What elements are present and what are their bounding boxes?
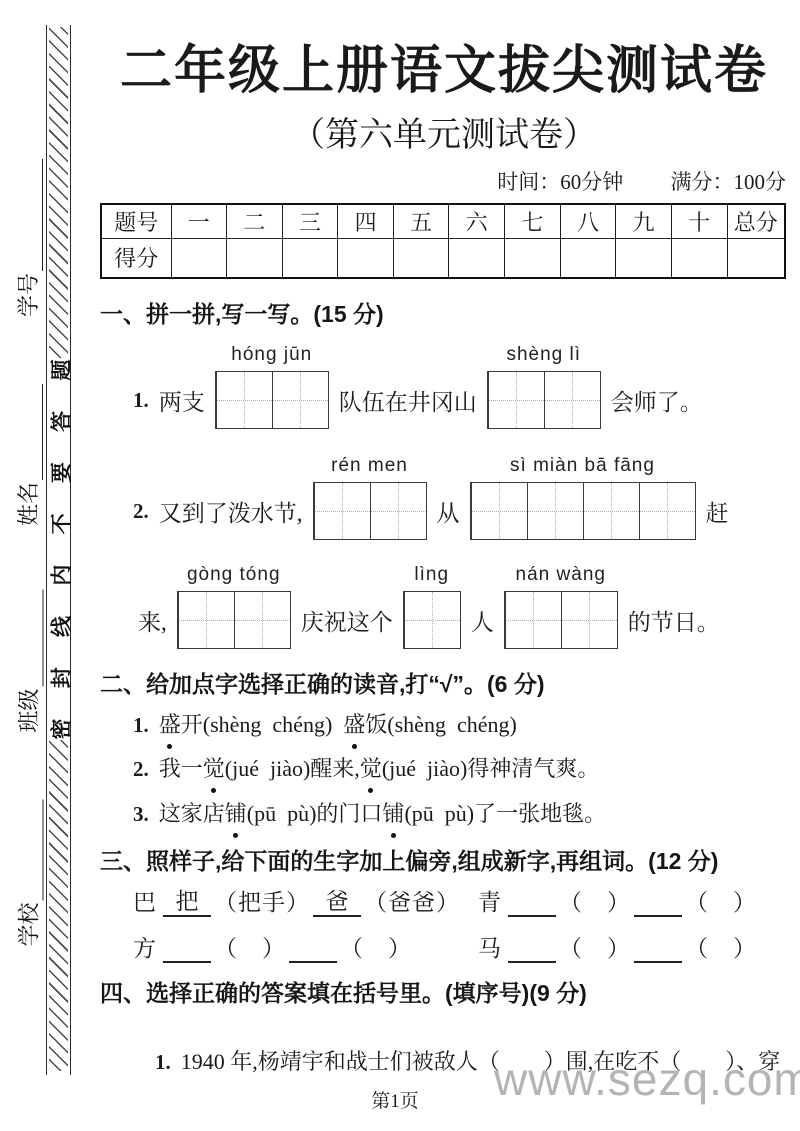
question-text: 队伍在井冈山 bbox=[339, 384, 477, 417]
writing-cell bbox=[583, 483, 639, 539]
seal-char: 不 bbox=[45, 513, 75, 534]
dotted-character: 盛 bbox=[343, 710, 365, 740]
paper-title: 二年级上册语文拔尖测试卷 bbox=[88, 28, 800, 103]
answer-blank bbox=[163, 933, 211, 963]
answer-blank bbox=[508, 887, 556, 917]
writing-cell bbox=[544, 372, 600, 428]
question-text: 来, bbox=[138, 604, 167, 637]
fill-in-line bbox=[18, 590, 43, 687]
score-table-score-row: 得分 bbox=[101, 238, 785, 278]
item-number: 2. bbox=[133, 499, 149, 524]
score-table-column-label: 四 bbox=[338, 204, 394, 238]
word-parentheses: （ ） bbox=[340, 930, 412, 963]
writing-box-group: gòng tóng bbox=[177, 591, 291, 649]
seal-field-school: 学校 bbox=[10, 800, 44, 947]
dotted-character: 铺 bbox=[382, 799, 404, 829]
writing-cell bbox=[527, 483, 583, 539]
writing-cell bbox=[314, 483, 370, 539]
answer-blank: 把 bbox=[163, 887, 211, 917]
writing-box-group: shèng lì bbox=[487, 371, 601, 429]
score-table-empty-cell bbox=[616, 238, 672, 278]
question-line: 1.两支hóng jūn队伍在井冈山shèng lì会师了。 bbox=[133, 371, 703, 429]
pinyin-label: sì miàn bā fāng bbox=[471, 455, 695, 477]
score-table-column-label: 七 bbox=[505, 204, 561, 238]
writing-box-group: rén men bbox=[313, 482, 427, 540]
watermark: www.sezq.com bbox=[494, 1052, 800, 1106]
seal-char: 要 bbox=[45, 462, 75, 483]
writing-box-group: nán wàng bbox=[504, 591, 618, 649]
item-number: 1. bbox=[155, 1050, 171, 1074]
item-number: 3. bbox=[133, 802, 149, 826]
score-table-column-label: 一 bbox=[171, 204, 227, 238]
seal-hatch-top bbox=[49, 27, 68, 358]
seal-char: 内 bbox=[45, 565, 75, 586]
score-table-empty-cell bbox=[671, 238, 727, 278]
seal-field-class: 班级 bbox=[10, 590, 44, 733]
seal-line-text: 密封线内不要答题 bbox=[48, 360, 73, 740]
fill-in-line bbox=[18, 800, 43, 901]
writing-box-group: sì miàn bā fāng bbox=[470, 482, 696, 540]
pronunciation-item: 2.我一觉(jué jiào)醒来,觉(jué jiào)得神清气爽。 bbox=[133, 754, 599, 784]
score-table-question-head: 题号 bbox=[101, 204, 171, 238]
question-text: 的节日。 bbox=[628, 604, 720, 637]
word-parentheses: （把手） bbox=[214, 884, 310, 917]
base-character: 马 bbox=[478, 930, 501, 963]
score-table-column-label: 八 bbox=[560, 204, 616, 238]
seal-field-name: 姓名 bbox=[9, 384, 43, 526]
question-line: 来,gòng tóng庆祝这个lìng人nán wàng的节日。 bbox=[138, 591, 720, 649]
exam-paper-page: 密封线内不要答题 学号 姓名 班级 学校 二年级上册语文拔尖测试卷 （第六单元测… bbox=[0, 0, 800, 1131]
dotted-character: 盛 bbox=[159, 710, 181, 740]
item-text: 饭(shèng chéng) bbox=[365, 712, 517, 737]
exam-info: 时间：60分钟 满分：100分 bbox=[88, 166, 786, 196]
question-text: 庆祝这个 bbox=[301, 604, 393, 637]
question-text: 赶 bbox=[706, 495, 729, 528]
writing-cell bbox=[234, 592, 290, 648]
question-line: 2.又到了泼水节,rén men从sì miàn bā fāng赶 bbox=[133, 482, 729, 540]
writing-box-group: lìng bbox=[403, 591, 461, 649]
item-text: 开(shèng chéng) bbox=[181, 712, 344, 737]
question-text: 从 bbox=[437, 495, 460, 528]
item-text: 这家店 bbox=[159, 801, 225, 826]
score-table-column-label: 九 bbox=[616, 204, 672, 238]
seal-hatch-bottom bbox=[49, 740, 68, 1071]
pronunciation-item: 1.盛开(shèng chéng) 盛饭(shèng chéng) bbox=[133, 710, 517, 740]
question-text: 两支 bbox=[159, 384, 205, 417]
writing-cell bbox=[178, 592, 234, 648]
answer-blank: 爸 bbox=[313, 887, 361, 917]
section-three-heading: 三、照样子,给下面的生字加上偏旁,组成新字,再组词。(12 分) bbox=[100, 843, 718, 876]
item-text: (pū pù)的门口 bbox=[247, 801, 383, 826]
word-parentheses: （ ） bbox=[559, 884, 631, 917]
dotted-character: 觉 bbox=[203, 754, 225, 784]
section-one-heading: 一、拼一拼,写一写。(15 分) bbox=[100, 296, 384, 329]
dotted-character: 觉 bbox=[360, 754, 382, 784]
pinyin-label: lìng bbox=[404, 564, 460, 586]
exam-full-score: 满分：100分 bbox=[671, 170, 787, 194]
pinyin-label: nán wàng bbox=[505, 564, 617, 586]
pinyin-label: shèng lì bbox=[488, 344, 600, 366]
writing-cell bbox=[505, 592, 561, 648]
fill-in-line bbox=[18, 159, 43, 271]
score-table-column-label: 三 bbox=[282, 204, 338, 238]
word-parentheses: （ ） bbox=[559, 930, 631, 963]
score-table-empty-cell bbox=[449, 238, 505, 278]
seal-field-label: 姓名 bbox=[12, 482, 43, 526]
word-parentheses: （爸爸） bbox=[364, 884, 460, 917]
pinyin-label: gòng tóng bbox=[178, 564, 290, 586]
writing-cell bbox=[488, 372, 544, 428]
writing-box-group: hóng jūn bbox=[215, 371, 329, 429]
score-table-empty-cell bbox=[171, 238, 227, 278]
score-table-empty-cell bbox=[727, 238, 785, 278]
seal-char: 线 bbox=[45, 616, 75, 637]
score-table-column-label: 六 bbox=[449, 204, 505, 238]
score-table-empty-cell bbox=[282, 238, 338, 278]
item-text: (pū pù)了一张地毯。 bbox=[404, 801, 606, 826]
seal-char: 答 bbox=[45, 411, 75, 432]
answer-blank bbox=[634, 887, 682, 917]
pinyin-label: rén men bbox=[314, 455, 426, 477]
score-table-column-label: 总分 bbox=[727, 204, 785, 238]
score-table-empty-cell bbox=[505, 238, 561, 278]
exam-time: 时间：60分钟 bbox=[497, 170, 623, 194]
section-two-heading: 二、给加点字选择正确的读音,打“√”。(6 分) bbox=[100, 666, 545, 699]
answer-blank bbox=[289, 933, 337, 963]
seal-field-student-id: 学号 bbox=[9, 159, 43, 317]
question-text: 人 bbox=[471, 604, 494, 637]
item-text: 我一 bbox=[159, 756, 203, 781]
answer-blank bbox=[508, 933, 556, 963]
dotted-character: 铺 bbox=[225, 799, 247, 829]
word-parentheses: （ ） bbox=[685, 884, 757, 917]
score-table: 题号 一二三四五六七八九十总分 得分 bbox=[100, 203, 786, 279]
item-text: (jué jiào)醒来, bbox=[225, 756, 360, 781]
score-table-empty-cell bbox=[227, 238, 283, 278]
seal-char: 封 bbox=[45, 667, 75, 688]
score-table-header-row: 题号 一二三四五六七八九十总分 bbox=[101, 204, 785, 238]
score-table-empty-cell bbox=[338, 238, 394, 278]
fill-in-line bbox=[18, 384, 43, 480]
seal-char: 密 bbox=[45, 719, 75, 740]
score-table-column-label: 二 bbox=[227, 204, 283, 238]
section-four-heading: 四、选择正确的答案填在括号里。(填序号)(9 分) bbox=[100, 975, 587, 1008]
score-table-empty-cell bbox=[393, 238, 449, 278]
radical-word-row: 方（ ）（ ）马（ ）（ ） bbox=[133, 930, 757, 963]
writing-cell bbox=[561, 592, 617, 648]
paper-subtitle: （第六单元测试卷） bbox=[88, 107, 800, 156]
item-number: 1. bbox=[133, 713, 149, 737]
seal-field-label: 班级 bbox=[13, 688, 44, 732]
base-character: 青 bbox=[478, 884, 501, 917]
seal-char: 题 bbox=[45, 360, 75, 381]
seal-line-band: 密封线内不要答题 bbox=[46, 25, 71, 1075]
word-parentheses: （ ） bbox=[685, 930, 757, 963]
item-number: 1. bbox=[133, 388, 149, 413]
score-table-empty-cell bbox=[560, 238, 616, 278]
writing-cell bbox=[370, 483, 426, 539]
pronunciation-item: 3.这家店铺(pū pù)的门口铺(pū pù)了一张地毯。 bbox=[133, 799, 606, 829]
score-table-column-label: 十 bbox=[671, 204, 727, 238]
question-text: 会师了。 bbox=[611, 384, 703, 417]
writing-cell bbox=[404, 592, 460, 648]
writing-cell bbox=[639, 483, 695, 539]
writing-cell bbox=[471, 483, 527, 539]
answer-blank bbox=[634, 933, 682, 963]
radical-word-row: 巴把（把手）爸（爸爸）青（ ）（ ） bbox=[133, 884, 757, 917]
writing-cell bbox=[272, 372, 328, 428]
writing-cell bbox=[216, 372, 272, 428]
word-parentheses: （ ） bbox=[214, 930, 286, 963]
score-table-column-label: 五 bbox=[393, 204, 449, 238]
question-text: 又到了泼水节, bbox=[159, 495, 303, 528]
score-table-score-head: 得分 bbox=[101, 238, 171, 278]
seal-field-label: 学校 bbox=[13, 902, 44, 946]
base-character: 方 bbox=[133, 930, 156, 963]
pinyin-label: hóng jūn bbox=[216, 344, 328, 366]
item-number: 2. bbox=[133, 757, 149, 781]
item-text: (jué jiào)得神清气爽。 bbox=[382, 756, 600, 781]
seal-field-label: 学号 bbox=[12, 273, 43, 317]
base-character: 巴 bbox=[133, 884, 156, 917]
